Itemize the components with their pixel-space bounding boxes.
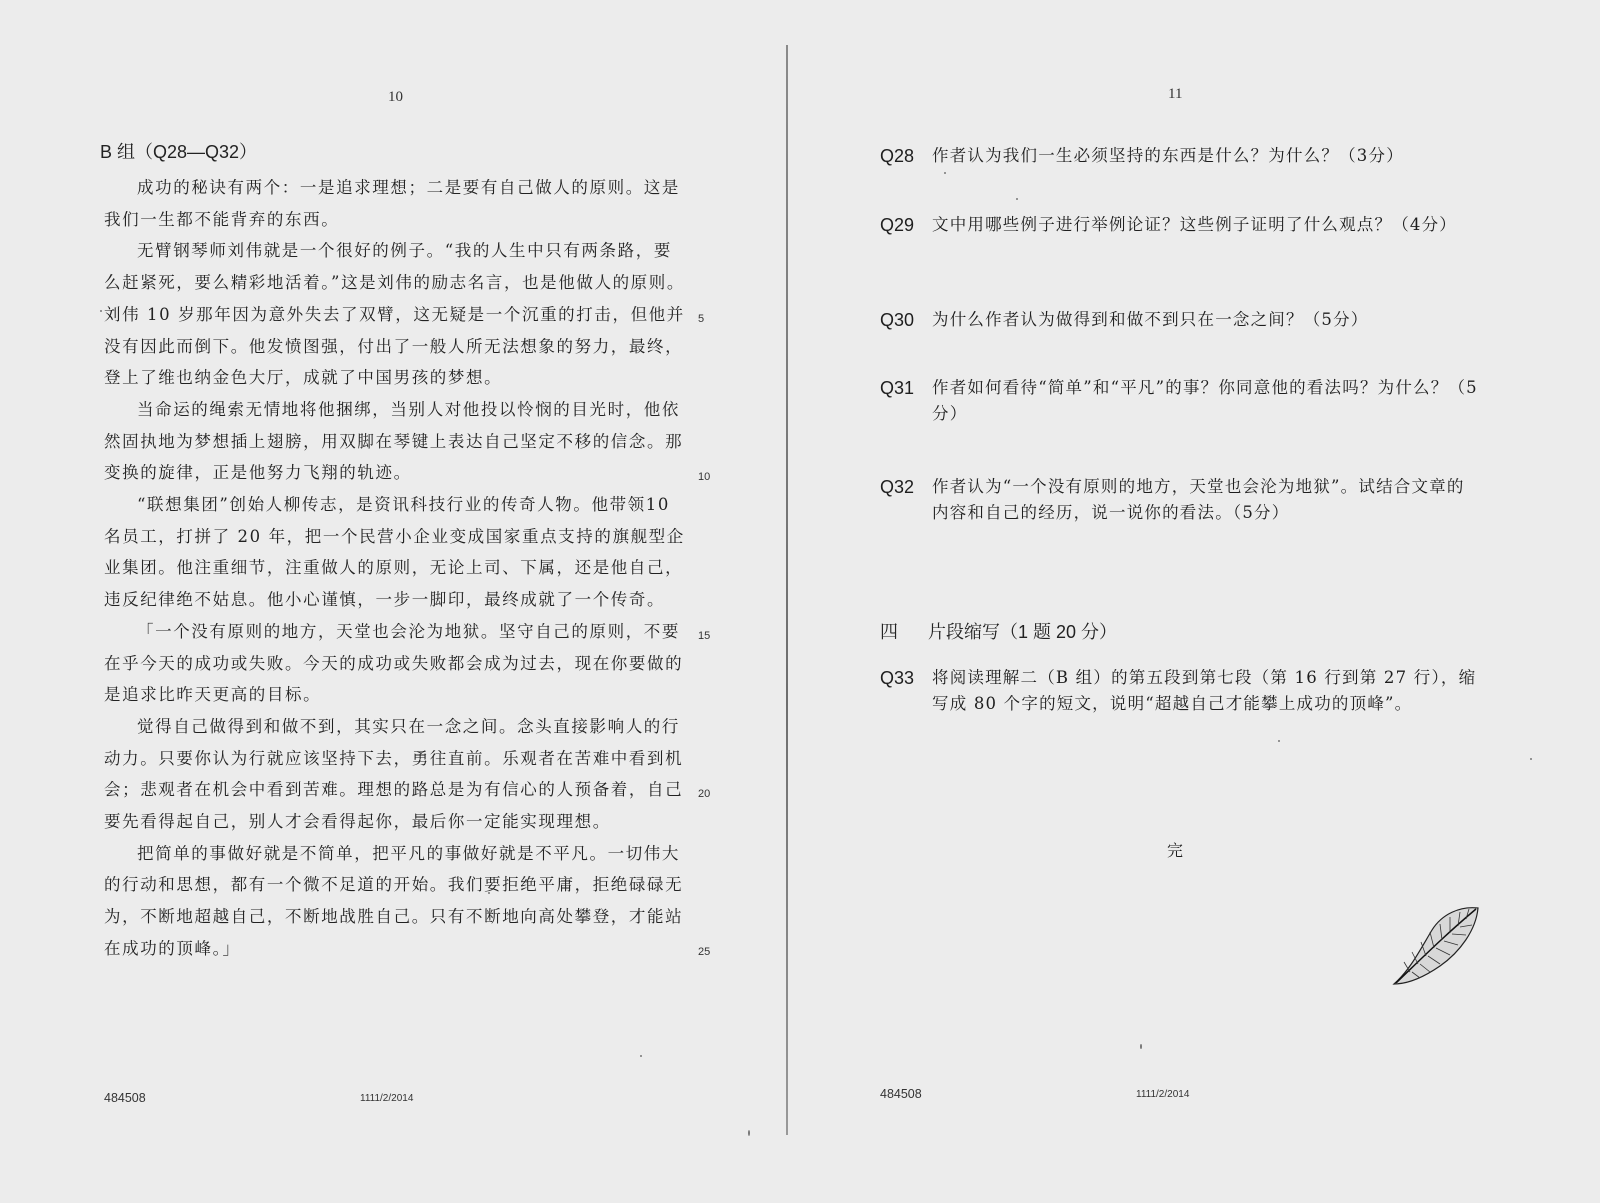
scan-speck <box>748 1130 750 1136</box>
question-q28: Q28 作者认为我们一生必须坚持的东西是什么？为什么？（3分） <box>880 143 1480 169</box>
reading-passage: 成功的秘诀有两个：一是追求理想；二是要有自己做人的原则。这是我们一生都不能背弃的… <box>104 172 689 965</box>
line-number-15: 15 <box>698 630 710 642</box>
scan-speck <box>944 172 946 174</box>
section-four-title: 片段缩写（1 题 20 分） <box>928 622 1117 642</box>
feather-icon <box>1390 900 1485 999</box>
question-text: 作者认为我们一生必须坚持的东西是什么？为什么？（3分） <box>932 143 1480 169</box>
scan-speck <box>100 310 102 312</box>
section-four-heading: 四片段缩写（1 题 20 分） <box>880 618 1117 644</box>
question-text: 将阅读理解二（B 组）的第五段到第七段（第 16 行到第 27 行），缩写成 8… <box>932 665 1480 717</box>
paragraph-2: 无臂钢琴师刘伟就是一个很好的例子。“我的人生中只有两条路，要么赶紧死，要么精彩地… <box>104 235 689 394</box>
footer-code-left: 484508 <box>104 1091 146 1105</box>
paragraph-5: 「一个没有原则的地方，天堂也会沦为地狱。坚守自己的原则，不要在乎今天的成功或失败… <box>104 616 689 711</box>
question-text: 文中用哪些例子进行举例论证？这些例子证明了什么观点？（4分） <box>932 212 1480 238</box>
end-mark: 完 <box>1167 838 1183 861</box>
section-four-number: 四 <box>880 618 928 644</box>
left-page: 10 B 组（Q28—Q32） 成功的秘诀有两个：一是追求理想；二是要有自己做人… <box>0 0 788 1203</box>
question-q31: Q31 作者如何看待“简单”和“平凡”的事？你同意他的看法吗？为什么？（5分） <box>880 375 1480 427</box>
question-q30: Q30 为什么作者认为做得到和做不到只在一念之间？（5分） <box>880 307 1480 333</box>
scan-speck <box>1016 198 1018 200</box>
scan-speck <box>488 892 490 894</box>
question-label: Q32 <box>880 474 932 526</box>
page-number-left: 10 <box>388 89 403 106</box>
question-label: Q30 <box>880 307 932 333</box>
question-text: 为什么作者认为做得到和做不到只在一念之间？（5分） <box>932 307 1480 333</box>
question-text: 作者认为“一个没有原则的地方，天堂也会沦为地狱”。试结合文章的内容和自己的经历，… <box>932 474 1480 526</box>
section-title-b: B 组（Q28—Q32） <box>100 138 257 164</box>
paragraph-6: 觉得自己做得到和做不到，其实只在一念之间。念头直接影响人的行动力。只要你认为行就… <box>104 711 689 838</box>
scan-speck <box>1140 1044 1142 1049</box>
question-q33: Q33 将阅读理解二（B 组）的第五段到第七段（第 16 行到第 27 行），缩… <box>880 665 1480 717</box>
paragraph-1: 成功的秘诀有两个：一是追求理想；二是要有自己做人的原则。这是我们一生都不能背弃的… <box>104 172 689 235</box>
footer-date-left: 1111/2/2014 <box>360 1093 413 1104</box>
scan-speck <box>640 1055 642 1057</box>
question-label: Q29 <box>880 212 932 238</box>
line-number-5: 5 <box>698 313 704 325</box>
paragraph-7: 把简单的事做好就是不简单，把平凡的事做好就是不平凡。一切伟大的行动和思想，都有一… <box>104 838 689 965</box>
line-number-25: 25 <box>698 946 710 958</box>
footer-date-right: 1111/2/2014 <box>1136 1089 1189 1100</box>
question-label: Q33 <box>880 665 932 717</box>
question-text: 作者如何看待“简单”和“平凡”的事？你同意他的看法吗？为什么？（5分） <box>932 375 1480 427</box>
question-label: Q31 <box>880 375 932 427</box>
scan-speck <box>1278 740 1280 742</box>
question-q32: Q32 作者认为“一个没有原则的地方，天堂也会沦为地狱”。试结合文章的内容和自己… <box>880 474 1480 526</box>
line-number-20: 20 <box>698 788 710 800</box>
question-q29: Q29 文中用哪些例子进行举例论证？这些例子证明了什么观点？（4分） <box>880 212 1480 238</box>
paragraph-4: “联想集团”创始人柳传志，是资讯科技行业的传奇人物。他带领10 名员工，打拼了 … <box>104 489 689 616</box>
line-number-10: 10 <box>698 471 710 483</box>
question-label: Q28 <box>880 143 932 169</box>
scan-speck <box>1530 758 1532 760</box>
page-number-right: 11 <box>1168 86 1182 103</box>
paragraph-3: 当命运的绳索无情地将他捆绑，当别人对他投以怜悯的目光时，他依然固执地为梦想插上翅… <box>104 394 689 489</box>
footer-code-right: 484508 <box>880 1087 922 1101</box>
